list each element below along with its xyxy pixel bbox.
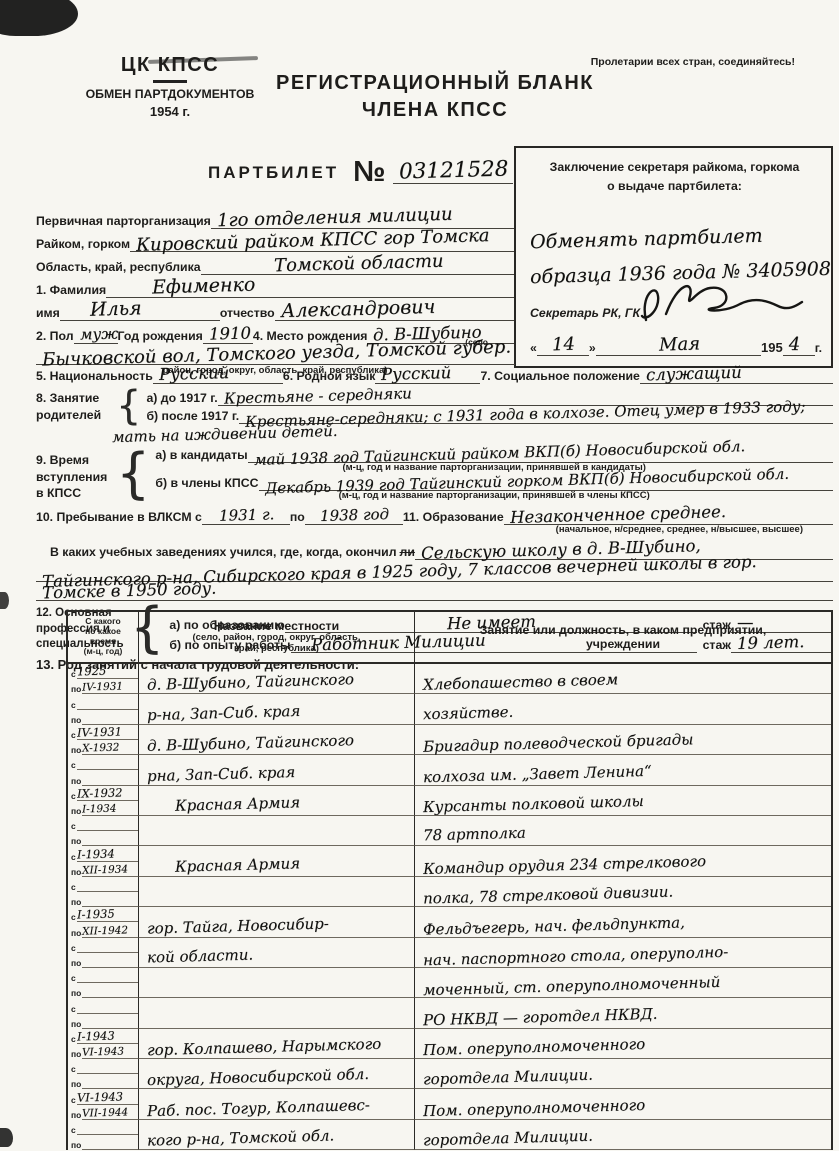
- period-cell: сIV-1931 поX-1932: [68, 725, 138, 755]
- native-lang-value: Русский: [381, 363, 452, 384]
- table-header: С какого по какое время (м-ц, год) Назва…: [68, 612, 831, 664]
- place-cell: гор. Колпашево, Нарымского: [138, 1029, 414, 1059]
- registration-form-page: ЦК КПСС ОБМЕН ПАРТДОКУМЕНТОВ 1954 г. Про…: [0, 0, 839, 1151]
- occupation-cell: Пом. оперуполномоченного: [414, 1029, 831, 1059]
- s-label: с: [68, 1125, 77, 1135]
- po-label: по: [68, 776, 82, 786]
- brace-icon: {: [116, 388, 141, 424]
- secretary-row: Секретарь РК, ГК: [530, 306, 820, 321]
- date-month: Мая: [658, 333, 700, 355]
- name-value: Илья: [90, 297, 142, 320]
- occupation-cell: Пом. оперуполномоченного: [414, 1089, 831, 1119]
- occupation-cell: Бригадир полеводческой бригады: [414, 725, 831, 755]
- period-cell: сI-1935 поXII-1942: [68, 907, 138, 937]
- parents-label-line2: родителей: [36, 408, 101, 422]
- s-label: с: [68, 912, 77, 922]
- s-label: с: [68, 1034, 77, 1044]
- year-printed: 195: [761, 340, 783, 356]
- secretary-label: Секретарь РК, ГК: [530, 306, 640, 321]
- occupation-cell: хозяйстве.: [414, 694, 831, 724]
- place-cell: [138, 877, 414, 907]
- patronymic-label: отчество: [220, 306, 275, 321]
- exchange-label: ОБМЕН ПАРТДОКУМЕНТОВ: [58, 87, 282, 101]
- parents-section: 8. Занятие родителей { а) до 1917 г. Кре…: [36, 388, 833, 424]
- occupation-value: нач. паспортного стола, оперуполно-: [423, 943, 729, 970]
- joining-label-line2: вступления: [36, 470, 107, 484]
- exchange-year: 1954 г.: [58, 104, 282, 119]
- brace-icon: {: [116, 450, 150, 499]
- occupation-value: Пом. оперуполномоченного: [423, 1096, 646, 1120]
- parents-label-line1: 8. Занятие: [36, 391, 99, 405]
- occupation-value: Хлебопашество в своем: [423, 671, 619, 694]
- member-hint: (м-ц, год и название парторганизации, пр…: [155, 491, 833, 502]
- primary-org-label: Первичная парторганизация: [36, 214, 211, 229]
- s-label: с: [68, 669, 77, 679]
- occupation-value: 78 артполка: [423, 824, 526, 845]
- scan-artifact: [0, 0, 78, 36]
- col-period-header: С какого по какое время (м-ц, год): [68, 612, 138, 662]
- po-label: по: [68, 988, 82, 998]
- partbilet-label: ПАРТБИЛЕТ: [208, 163, 339, 184]
- period-to: VII-1944: [82, 1106, 128, 1119]
- schools-row3: Томске в 1950 году.: [36, 582, 833, 601]
- place-value: д. В-Шубино, Тайгинского: [147, 731, 354, 755]
- col-place-header: Название местности (село, район, город, …: [138, 612, 414, 662]
- year-suffix: г.: [815, 341, 822, 356]
- occupation-cell: Курсанты полковой школы: [414, 786, 831, 816]
- candidate-row: а) в кандидаты май 1938 год Тайгинский р…: [155, 446, 833, 463]
- s-label: с: [68, 1064, 77, 1074]
- period-cell: с по: [68, 816, 138, 846]
- period-from: I-1934: [77, 846, 115, 861]
- period-to: XII-1934: [82, 863, 128, 876]
- s-label: с: [68, 973, 77, 983]
- period-from: 1925: [77, 664, 107, 679]
- issuer-block: ЦК КПСС ОБМЕН ПАРТДОКУМЕНТОВ 1954 г.: [58, 54, 282, 119]
- conclusion-box: Заключение секретаря райкома, горкома о …: [514, 146, 833, 368]
- po-label: по: [68, 715, 82, 725]
- conclusion-hw-line1: Обменять партбилет: [530, 219, 763, 260]
- period-cell: с по: [68, 877, 138, 907]
- occupation-value: колхоза им. „Завет Ленина“: [423, 761, 652, 785]
- place-cell: кого р-на, Томской обл.: [138, 1120, 414, 1150]
- conclusion-title: Заключение секретаря райкома, горкома о …: [530, 158, 819, 196]
- po-label: по: [68, 928, 82, 938]
- po-label: по: [68, 1049, 82, 1059]
- surname-label: 1. Фамилия: [36, 283, 106, 298]
- place-value: кого р-на, Томской обл.: [147, 1127, 335, 1150]
- occupation-value: Пом. оперуполномоченного: [423, 1035, 646, 1059]
- joining-label-line3: в КПСС: [36, 486, 81, 500]
- place-cell: [138, 816, 414, 846]
- name-label: имя: [36, 306, 60, 321]
- place-value: Раб. пос. Тогур, Колпашевс-: [147, 1096, 370, 1120]
- po-label: по: [68, 1079, 82, 1089]
- s-label: с: [68, 1095, 77, 1105]
- number-sign: №: [353, 161, 385, 184]
- place-cell: гор. Тайга, Новосибир-: [138, 907, 414, 937]
- po-label: по: [68, 1019, 82, 1029]
- nationality-label: 5. Национальность: [36, 369, 153, 384]
- place-cell: [138, 998, 414, 1028]
- occupation-cell: нач. паспортного стола, оперуполно-: [414, 938, 831, 968]
- surname-row: 1. Фамилия Ефименко: [36, 275, 514, 298]
- col3-h1: Занятие или должность, в каком предприят…: [480, 623, 767, 637]
- col2-h1: Название местности: [214, 619, 339, 633]
- col2-h3: край, республика): [234, 644, 319, 655]
- period-cell: с по: [68, 1120, 138, 1150]
- place-value: д. В-Шубино, Тайгинского: [147, 671, 354, 695]
- conclusion-title-line1: Заключение секретаря райкома, горкома: [550, 160, 800, 174]
- patronymic-value: Александрович: [280, 296, 435, 322]
- oblast-label: Область, край, республика: [36, 260, 201, 275]
- period-to: VI-1943: [82, 1045, 124, 1058]
- place-cell: д. В-Шубино, Тайгинского: [138, 664, 414, 694]
- occupation-value: Командир орудия 234 стрелкового: [423, 852, 706, 878]
- period-to: I-1934: [82, 802, 117, 815]
- place-cell: кой области.: [138, 938, 414, 968]
- nationality-value: Русский: [159, 363, 230, 384]
- surname-value: Ефименко: [152, 274, 256, 299]
- period-cell: сI-1943 поVI-1943: [68, 1029, 138, 1059]
- place-cell: [138, 968, 414, 998]
- po-label: по: [68, 806, 82, 816]
- occupation-cell: горотдела Милиции.: [414, 1059, 831, 1089]
- period-to: X-1932: [82, 742, 120, 755]
- place-value: Красная Армия: [175, 854, 301, 875]
- occupation-cell: горотдела Милиции.: [414, 1120, 831, 1150]
- period-from: IV-1931: [77, 724, 122, 739]
- occupation-value: горотдела Милиции.: [423, 1066, 593, 1089]
- vlksm-education-row: 10. Пребывание в ВЛКСМ с 1931 г. по 1938…: [36, 504, 833, 525]
- vlksm-from: 1931 г.: [219, 505, 275, 525]
- place-cell: рна, Зап-Сиб. края: [138, 755, 414, 785]
- scan-artifact: [0, 1128, 13, 1147]
- joining-label-line1: 9. Время: [36, 453, 89, 467]
- occupation-value: Фельдъегерь, нач. фельдпункта,: [423, 913, 685, 938]
- quote-close: »: [589, 341, 596, 356]
- divider-rule: [153, 80, 187, 83]
- vlksm-label: 10. Пребывание в ВЛКСМ с: [36, 510, 202, 525]
- po-label: по: [68, 836, 82, 846]
- period-cell: сIX-1932 поI-1934: [68, 786, 138, 816]
- place-value: гор. Колпашево, Нарымского: [147, 1035, 382, 1060]
- raikom-label: Райком, горком: [36, 237, 130, 252]
- birth-year-value: 1910: [209, 323, 252, 343]
- form-title-line1: РЕГИСТРАЦИОННЫЙ БЛАНК: [250, 70, 620, 97]
- form-title: РЕГИСТРАЦИОННЫЙ БЛАНК ЧЛЕНА КПСС: [250, 70, 620, 124]
- slogan-text: Пролетарии всех стран, соединяйтесь!: [591, 56, 795, 68]
- po-label: по: [68, 745, 82, 755]
- schools-label: В каких учебных заведениях учился, где, …: [36, 545, 397, 560]
- po-label: по: [68, 1110, 82, 1120]
- joining-label: 9. Время вступления в КПСС: [36, 452, 114, 502]
- social-status-label: 7. Социальное положение: [480, 369, 639, 384]
- schools-value3: Томске в 1950 году.: [42, 579, 217, 603]
- period-cell: с по: [68, 755, 138, 785]
- parents-a-label: а) до 1917 г.: [146, 391, 217, 406]
- occupation-cell: Фельдъегерь, нач. фельдпункта,: [414, 907, 831, 937]
- col-occupation-header: Занятие или должность, в каком предприят…: [414, 612, 831, 662]
- occupation-cell: полка, 78 стрелковой дивизии.: [414, 877, 831, 907]
- place-cell: Красная Армия: [138, 786, 414, 816]
- period-cell: с по: [68, 968, 138, 998]
- occupation-cell: Хлебопашество в своем: [414, 664, 831, 694]
- s-label: с: [68, 730, 77, 740]
- place-value: рна, Зап-Сиб. края: [147, 762, 296, 784]
- issue-date-row: « 14 » Мая 195 4 г.: [530, 334, 822, 356]
- period-cell: с по: [68, 1059, 138, 1089]
- occupation-cell: Командир орудия 234 стрелкового: [414, 846, 831, 876]
- po-label: по: [68, 867, 82, 877]
- partbilet-number: 03121528: [399, 156, 509, 184]
- partbilet-row: ПАРТБИЛЕТ № 03121528: [208, 158, 498, 184]
- period-cell: сVI-1943 поVII-1944: [68, 1089, 138, 1119]
- occupation-cell: моченный, ст. оперуполномоченный: [414, 968, 831, 998]
- s-label: с: [68, 1004, 77, 1014]
- parents-label: 8. Занятие родителей: [36, 390, 114, 424]
- identity-fields: Первичная парторганизация 1го отделения …: [36, 206, 514, 376]
- joining-section: 9. Время вступления в КПСС { а) в кандид…: [36, 446, 833, 502]
- parents-b-label: б) после 1917 г.: [146, 409, 239, 424]
- birth-year-label: Год рождения: [118, 329, 203, 344]
- vlksm-po-label: по: [290, 510, 305, 525]
- occupation-cell: колхоза им. „Завет Ленина“: [414, 755, 831, 785]
- member-label: б) в члены КПСС: [155, 476, 258, 491]
- occupation-value: горотдела Милиции.: [423, 1127, 593, 1150]
- s-label: с: [68, 882, 77, 892]
- po-label: по: [68, 1140, 82, 1150]
- period-cell: с по: [68, 938, 138, 968]
- period-from: VI-1943: [77, 1089, 123, 1104]
- occupation-value: полка, 78 стрелковой дивизии.: [423, 883, 674, 908]
- date-day: 14: [552, 334, 575, 356]
- period-cell: сI-1934 поXII-1934: [68, 846, 138, 876]
- place-cell: Раб. пос. Тогур, Колпашевс-: [138, 1089, 414, 1119]
- nationality-row: 5. Национальность Русский 6. Родной язык…: [36, 362, 833, 384]
- parents-after-1917-row: б) после 1917 г. Крестьяне-середняки; с …: [146, 406, 833, 424]
- social-status-value: служащий: [646, 363, 742, 385]
- occupation-cell: 78 артполка: [414, 816, 831, 846]
- sex-label: 2. Пол: [36, 329, 74, 344]
- place-cell: Красная Армия: [138, 846, 414, 876]
- schools-row2: Тайгинского р-на, Сибирского края в 1925…: [36, 560, 833, 582]
- occupation-value: Бригадир полеводческой бригады: [423, 730, 694, 756]
- occupation-value: моченный, ст. оперуполномоченный: [423, 973, 721, 999]
- education-hint: (начальное, н/среднее, среднее, н/высшее…: [36, 525, 833, 536]
- native-lang-label: 6. Родной язык: [283, 369, 376, 384]
- place-value: кой области.: [147, 945, 254, 966]
- education-label: 11. Образование: [403, 510, 504, 525]
- s-label: с: [68, 943, 77, 953]
- period-to: IV-1931: [82, 681, 123, 694]
- period-from: I-1935: [77, 907, 115, 922]
- period-cell: с по: [68, 694, 138, 724]
- place-value: р-на, Зап-Сиб. края: [147, 702, 301, 724]
- s-label: с: [68, 760, 77, 770]
- place-cell: округа, Новосибирской обл.: [138, 1059, 414, 1089]
- s-label: с: [68, 821, 77, 831]
- period-from: I-1943: [77, 1028, 115, 1043]
- period-cell: с1925 поIV-1931: [68, 664, 138, 694]
- po-label: по: [68, 684, 82, 694]
- scan-artifact: [0, 592, 9, 609]
- place-value: гор. Тайга, Новосибир-: [147, 914, 329, 937]
- period-to: XII-1942: [82, 924, 128, 937]
- work-history-table: С какого по какое время (м-ц, год) Назва…: [66, 610, 833, 1150]
- col3-h2: учреждении: [586, 637, 660, 651]
- occupation-value: РО НКВД — горотдел НКВД.: [423, 1004, 658, 1029]
- candidate-label: а) в кандидаты: [155, 448, 247, 463]
- oblast-value: Томской области: [273, 251, 443, 277]
- place-value: округа, Новосибирской обл.: [147, 1065, 369, 1089]
- vlksm-to: 1938 год: [320, 505, 390, 525]
- table-body: с1925 поIV-1931 д. В-Шубино, Тайгинского…: [68, 664, 831, 1150]
- s-label: с: [68, 852, 77, 862]
- place-cell: р-на, Зап-Сиб. края: [138, 694, 414, 724]
- schools-label-struck: ли: [400, 545, 415, 560]
- occupation-value: хозяйстве.: [423, 703, 514, 724]
- form-title-line2: ЧЛЕНА КПСС: [250, 97, 620, 124]
- member-row: б) в члены КПСС Декабрь 1939 год Тайгинс…: [155, 474, 833, 491]
- sex-value: муж: [79, 324, 118, 343]
- issuer-name: ЦК КПСС: [58, 54, 282, 77]
- period-from: IX-1932: [77, 785, 123, 800]
- raikom-row: Райком, горком Кировский райком КПСС гор…: [36, 229, 514, 252]
- s-label: с: [68, 791, 77, 801]
- po-label: по: [68, 958, 82, 968]
- name-row: имя Илья отчество Александрович: [36, 298, 514, 321]
- parents-b-value-cont: мать на иждивении детей.: [112, 422, 338, 443]
- place-cell: д. В-Шубино, Тайгинского: [138, 725, 414, 755]
- quote-open: «: [530, 341, 537, 356]
- occupation-value: Курсанты полковой школы: [423, 792, 644, 816]
- s-label: с: [68, 700, 77, 710]
- oblast-row: Область, край, республика Томской област…: [36, 252, 514, 275]
- occupation-cell: РО НКВД — горотдел НКВД.: [414, 998, 831, 1028]
- period-cell: с по: [68, 998, 138, 1028]
- po-label: по: [68, 897, 82, 907]
- year-handwritten: 4: [789, 334, 800, 355]
- conclusion-title-line2: о выдаче партбилета:: [607, 179, 742, 193]
- col1-h4: (м-ц, год): [84, 647, 123, 657]
- place-value: Красная Армия: [175, 793, 301, 814]
